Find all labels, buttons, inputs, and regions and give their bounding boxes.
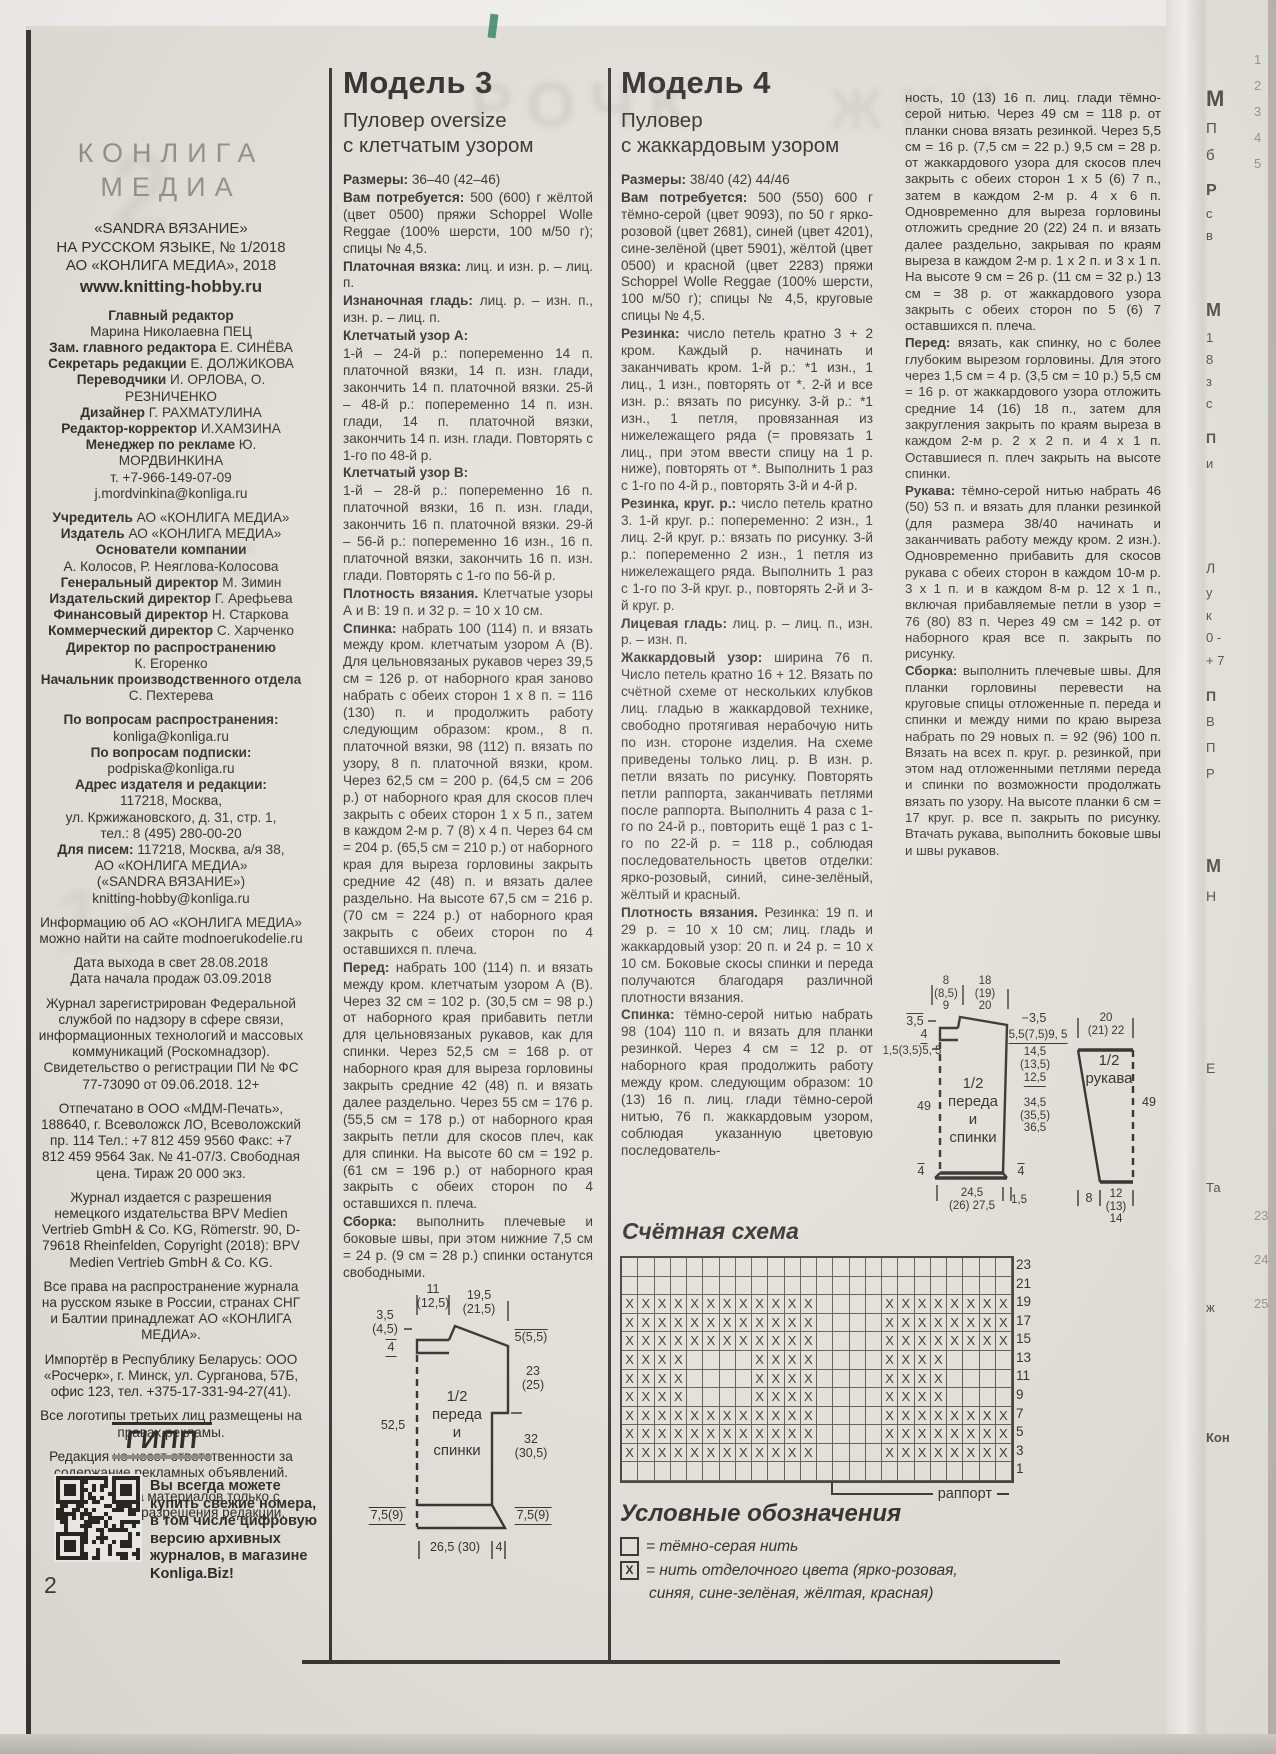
chart-cell: X xyxy=(898,1295,914,1314)
masthead-line: т. +7-966-149-07-09 xyxy=(38,470,304,486)
page-fragment: М xyxy=(1206,300,1221,321)
chart-cell xyxy=(687,1462,703,1481)
masthead-line: Издательский директор Г. Арефьева xyxy=(38,591,304,607)
chart-cell: X xyxy=(931,1444,947,1463)
chart-cell: X xyxy=(671,1388,687,1407)
masthead-label: Переводчики xyxy=(77,372,170,387)
chart-cell: X xyxy=(622,1444,638,1463)
chart-cell xyxy=(736,1277,752,1296)
chart-cell: X xyxy=(980,1407,996,1426)
dimension-label: 52,5 xyxy=(381,1419,405,1433)
chart-cell: X xyxy=(931,1295,947,1314)
chart-cell: X xyxy=(752,1295,768,1314)
legend-item-contrast-label2: синяя, сине-зелёная, жёлтая, красная) xyxy=(649,1585,1050,1603)
legend-item-grey: = тёмно-серая нить xyxy=(620,1537,1050,1556)
chart-cell: X xyxy=(752,1444,768,1463)
instruction-paragraph: Платочная вязка: лиц. и изн. р. – лиц. п… xyxy=(343,259,593,293)
page-fragment: у xyxy=(1206,585,1213,600)
chart-row-number: 11 xyxy=(1016,1367,1046,1386)
masthead-line: А. Колосов, Р. Неяглова-Колосова xyxy=(38,559,304,575)
chart-row-number: 23 xyxy=(1016,1256,1046,1275)
chart-cell xyxy=(850,1388,866,1407)
instructions-model4-col2: ность, 10 (13) 16 п. лиц. глади тёмно-се… xyxy=(905,90,1161,859)
page-fragment: М xyxy=(1206,86,1224,112)
chart-cell: X xyxy=(736,1407,752,1426)
promo-line: Вы всегда можете xyxy=(150,1478,322,1496)
chart-cell xyxy=(720,1388,736,1407)
chart-cell: X xyxy=(785,1332,801,1351)
chart-cell: X xyxy=(687,1425,703,1444)
chart-cell: X xyxy=(622,1295,638,1314)
paragraph-text: 1-й – 24-й р.: попеременно 14 п. платочн… xyxy=(343,346,593,462)
dimension-label: 8 (8,5) 9 xyxy=(934,975,958,1013)
article-model3: Модель 3 Пуловер oversize с клетчатым уз… xyxy=(343,66,593,1283)
paragraph-label: Перед: xyxy=(343,960,396,975)
chart-cell: X xyxy=(655,1332,671,1351)
site-url: www.knitting-hobby.ru xyxy=(38,276,304,298)
chart-cell xyxy=(850,1314,866,1333)
chart-cell: X xyxy=(638,1314,654,1333)
dimension-label: 4 xyxy=(386,1339,397,1357)
masthead-text: АО «КОНЛИГА МЕДИА» xyxy=(128,526,281,541)
chart-cell xyxy=(671,1462,687,1481)
masthead-line: 117218, Москва, xyxy=(38,793,304,809)
paragraph-label: Размеры: xyxy=(343,172,412,187)
masthead: КОНЛИГА МЕДИА «SANDRA ВЯЗАНИЕ» НА РУССКО… xyxy=(38,136,304,1522)
chart-cell: X xyxy=(655,1407,671,1426)
chart-cell: X xyxy=(785,1370,801,1389)
page-fold-line-left xyxy=(26,30,31,1754)
masthead-text: 117218, Москва, а/я 38, xyxy=(137,842,284,857)
chart-cell: X xyxy=(915,1351,931,1370)
dimension-label: 12,5 xyxy=(1024,1072,1046,1087)
qr-modules xyxy=(56,1476,140,1560)
masthead-line: knitting-hobby@konliga.ru xyxy=(38,891,304,907)
chart-cell: X xyxy=(703,1314,719,1333)
paragraph-label: Платочная вязка: xyxy=(343,259,465,274)
chart-cell xyxy=(915,1258,931,1277)
chart-cell: X xyxy=(768,1425,784,1444)
article-model4-col2: ность, 10 (13) 16 п. лиц. глади тёмно-се… xyxy=(905,90,1161,860)
masthead-line: Импортёр в Республику Беларусь: ООО «Рос… xyxy=(38,1352,304,1401)
chart-cell xyxy=(996,1351,1012,1370)
masthead-line: Финансовый директор Н. Старкова xyxy=(38,607,304,623)
chart-cell: X xyxy=(622,1407,638,1426)
chart-cell: X xyxy=(736,1314,752,1333)
dimension-label: 4 xyxy=(1018,1163,1025,1179)
chart-cell xyxy=(963,1351,979,1370)
paragraph-label: Плотность вязания. xyxy=(343,586,483,601)
chart-cell xyxy=(622,1258,638,1277)
chart-cell: X xyxy=(671,1425,687,1444)
chart-heading: Счётная схема xyxy=(622,1218,799,1245)
instruction-paragraph: Рукава: тёмно-серой нитью набрать 46 (50… xyxy=(905,483,1161,662)
chart-cell: X xyxy=(687,1295,703,1314)
chart-cell: X xyxy=(768,1332,784,1351)
chart-cell xyxy=(720,1370,736,1389)
dimension-label: 1,5 xyxy=(1011,1194,1027,1207)
chart-cell xyxy=(866,1277,882,1296)
chart-cell: X xyxy=(720,1332,736,1351)
chart-cell: X xyxy=(638,1444,654,1463)
chart-cell xyxy=(947,1370,963,1389)
instruction-paragraph: 1-й – 24-й р.: попеременно 14 п. платочн… xyxy=(343,346,593,464)
masthead-text: И.ХАМЗИНА xyxy=(201,421,281,436)
masthead-label: Менеджер по рекламе xyxy=(86,437,239,452)
chart-cell: X xyxy=(622,1314,638,1333)
chart-cell xyxy=(622,1462,638,1481)
chart-cell: X xyxy=(671,1407,687,1426)
masthead-line: konliga@konliga.ru xyxy=(38,729,304,745)
masthead-line: Редактор-корректор И.ХАМЗИНА xyxy=(38,421,304,437)
legend-symbol-empty xyxy=(620,1537,639,1556)
masthead-text: Информацию об АО «КОНЛИГА МЕДИА» можно н… xyxy=(39,915,302,946)
chart-cell: X xyxy=(638,1370,654,1389)
chart-row-number: 5 xyxy=(1016,1423,1046,1442)
chart-cell xyxy=(898,1277,914,1296)
page-fragment: + 7 xyxy=(1206,653,1224,668)
masthead-line: Дата начала продаж 03.09.2018 xyxy=(38,971,304,987)
schematic-model4-body: 8 (8,5) 918 (19) 203,541,5(3,5)5, 5−3,55… xyxy=(888,975,1073,1233)
chart-cell: X xyxy=(638,1351,654,1370)
chart-cell: X xyxy=(801,1407,817,1426)
chart-cell: X xyxy=(671,1370,687,1389)
edge-ruler-number: 3 xyxy=(1254,104,1261,119)
chart-cell xyxy=(980,1277,996,1296)
dimension-label: 49 xyxy=(1142,1096,1156,1110)
paragraph-label: Сборка: xyxy=(905,663,963,678)
page-fragment: Л xyxy=(1206,560,1215,576)
chart-cell: X xyxy=(720,1407,736,1426)
paragraph-label: Вам потребуется: xyxy=(621,190,758,205)
masthead-text: Н. Старкова xyxy=(212,607,289,622)
chart-cell xyxy=(833,1351,849,1370)
masthead-text: Журнал издается с разрешения немецкого и… xyxy=(42,1190,300,1270)
masthead-text: Е. ДОЛЖИКОВА xyxy=(190,356,294,371)
chart-cell xyxy=(850,1407,866,1426)
chart-cell xyxy=(622,1277,638,1296)
masthead-label: Для писем: xyxy=(57,842,137,857)
paragraph-label: Лицевая гладь: xyxy=(621,616,732,631)
chart-cell xyxy=(850,1425,866,1444)
paragraph-label: Размеры: xyxy=(621,172,690,187)
page-fragment: Та xyxy=(1206,1180,1221,1195)
chart-cell: X xyxy=(768,1444,784,1463)
chart-cell xyxy=(980,1351,996,1370)
masthead-text: К. Егоренко xyxy=(134,656,207,671)
masthead-line: Коммерческий директор С. Харченко xyxy=(38,623,304,639)
chart-cell xyxy=(882,1258,898,1277)
masthead-text: Г. Арефьева xyxy=(215,591,293,606)
promo-text: Вы всегда можетекупить свежие номера,в т… xyxy=(150,1478,322,1583)
rapport-line-left xyxy=(831,1493,933,1495)
chart-cell: X xyxy=(915,1444,931,1463)
chart-cell xyxy=(963,1388,979,1407)
paragraph-label: Плотность вязания. xyxy=(621,905,765,920)
chart-cell xyxy=(850,1351,866,1370)
legend-item-grey-label: = тёмно-серая нить xyxy=(646,1538,798,1556)
chart-cell xyxy=(687,1351,703,1370)
chart-cell xyxy=(655,1277,671,1296)
page-fragment: с xyxy=(1206,206,1213,221)
chart-cell: X xyxy=(655,1295,671,1314)
chart-cell: X xyxy=(655,1370,671,1389)
chart-cell xyxy=(833,1277,849,1296)
chart-cell xyxy=(638,1462,654,1481)
chart-cell: X xyxy=(785,1351,801,1370)
publisher-logo-line1: КОНЛИГА xyxy=(38,136,304,170)
chart-cell: X xyxy=(622,1388,638,1407)
page-fragment: Р xyxy=(1206,766,1215,781)
dimension-label: −3,5 xyxy=(1022,1012,1047,1026)
dimension-label: 26,5 (30) xyxy=(430,1541,480,1555)
masthead-text: Дата начала продаж 03.09.2018 xyxy=(70,971,271,986)
paragraph-label: Клетчатый узор А: xyxy=(343,328,468,343)
masthead-label: Основатели компании xyxy=(96,542,247,557)
masthead-line: Журнал зарегистрирован Федеральной служб… xyxy=(38,996,304,1093)
instruction-paragraph: Плотность вязания. Клетчатые узоры А и В… xyxy=(343,586,593,620)
masthead-text: Импортёр в Республику Беларусь: ООО «Рос… xyxy=(44,1352,298,1399)
chart-cell xyxy=(882,1462,898,1481)
chart-cell: X xyxy=(768,1351,784,1370)
masthead-line: Марина Николаевна ПЕЦ xyxy=(38,324,304,340)
instruction-paragraph: Вам потребуется: 500 (550) 600 г тёмно-с… xyxy=(621,190,873,325)
instruction-paragraph: Клетчатый узор В: xyxy=(343,465,593,482)
chart-cell: X xyxy=(720,1444,736,1463)
chart-cell xyxy=(801,1462,817,1481)
masthead-text: АО «КОНЛИГА МЕДИА» xyxy=(137,510,290,525)
chart-legend: Условные обозначения = тёмно-серая нить … xyxy=(620,1500,1050,1603)
chart-cell xyxy=(866,1370,882,1389)
masthead-label: Редактор-корректор xyxy=(61,421,201,436)
chart-cell xyxy=(996,1388,1012,1407)
edge-ruler-number: 4 xyxy=(1254,130,1261,145)
dimension-label: 4 xyxy=(921,1028,928,1044)
page-fragment: Е xyxy=(1206,1060,1215,1076)
page-fragment: М xyxy=(1206,856,1221,877)
chart-cell: X xyxy=(980,1295,996,1314)
instruction-paragraph: Сборка: выполнить плечевые швы. Для план… xyxy=(905,663,1161,859)
masthead-line: Переводчики И. ОРЛОВА, О. РЕЗНИЧЕНКО xyxy=(38,372,304,404)
chart-cell: X xyxy=(996,1425,1012,1444)
chart-cell xyxy=(898,1462,914,1481)
chart-cell xyxy=(703,1351,719,1370)
masthead-line: Информацию об АО «КОНЛИГА МЕДИА» можно н… xyxy=(38,915,304,947)
promo-line: в том числе цифровую xyxy=(150,1513,322,1531)
chart-cell: X xyxy=(915,1295,931,1314)
chart-cell xyxy=(703,1277,719,1296)
chart-cell xyxy=(817,1370,833,1389)
masthead-line: j.mordvinkina@konliga.ru xyxy=(38,486,304,502)
chart-cell: X xyxy=(931,1388,947,1407)
masthead-line: АО «КОНЛИГА МЕДИА» xyxy=(38,858,304,874)
chart-cell xyxy=(866,1295,882,1314)
chart-cell: X xyxy=(882,1407,898,1426)
chart-cell xyxy=(833,1407,849,1426)
issue-title: «SANDRA ВЯЗАНИЕ» xyxy=(38,220,304,239)
page-fragment: 8 xyxy=(1206,352,1213,367)
masthead-text: АО «КОНЛИГА МЕДИА» xyxy=(95,858,248,873)
chart-cell xyxy=(801,1258,817,1277)
chart-cell xyxy=(850,1462,866,1481)
chart-cell: X xyxy=(898,1407,914,1426)
paragraph-label: Резинка, круг. р.: xyxy=(621,496,741,511)
chart-cell: X xyxy=(785,1407,801,1426)
dimension-label: 32 (30,5) xyxy=(515,1433,548,1460)
dimension-label: 7,5(9) xyxy=(369,1507,406,1525)
paragraph-text: 38/40 (42) 44/46 xyxy=(690,172,790,187)
chart-cell: X xyxy=(638,1425,654,1444)
promo-line: купить свежие номера, xyxy=(150,1496,322,1514)
masthead-body: Главный редакторМарина Николаевна ПЕЦЗам… xyxy=(38,308,304,1522)
chart-cell xyxy=(947,1351,963,1370)
paragraph-text: вязать, как спинку, но с более глубоким … xyxy=(905,335,1161,480)
article-subtitle-model3: Пуловер oversize с клетчатым узором xyxy=(343,108,593,158)
chart-cell xyxy=(850,1370,866,1389)
chart-cell: X xyxy=(963,1444,979,1463)
chart-cell: X xyxy=(785,1314,801,1333)
chart-cell: X xyxy=(882,1370,898,1389)
chart-cell xyxy=(866,1351,882,1370)
chart-cell: X xyxy=(801,1444,817,1463)
chart-cell xyxy=(817,1444,833,1463)
chart-cell xyxy=(833,1425,849,1444)
chart-cell xyxy=(720,1351,736,1370)
page-fragment: В xyxy=(1206,714,1215,729)
scan-edge-top xyxy=(0,0,1276,26)
masthead-line: К. Егоренко xyxy=(38,656,304,672)
paragraph-label: Клетчатый узор В: xyxy=(343,465,468,480)
chart-cell xyxy=(720,1258,736,1277)
paragraph-text: число петель кратно 3 + 2 кром. Каждый р… xyxy=(621,326,873,493)
masthead-line: Секретарь редакции Е. ДОЛЖИКОВА xyxy=(38,356,304,372)
chart-cell: X xyxy=(980,1444,996,1463)
chart-cell: X xyxy=(671,1332,687,1351)
paragraph-text: 1-й – 28-й р.: попеременно 16 п. платочн… xyxy=(343,483,593,583)
chart-cell: X xyxy=(801,1295,817,1314)
chart-cell: X xyxy=(622,1370,638,1389)
chart-cell xyxy=(980,1258,996,1277)
paragraph-label: Спинка: xyxy=(621,1007,684,1022)
chart-cell xyxy=(850,1332,866,1351)
masthead-line: Отпечатано в ООО «МДМ-Печать», 188640, г… xyxy=(38,1101,304,1182)
scan-artifact-green xyxy=(488,14,499,39)
chart-cell xyxy=(931,1258,947,1277)
dimension-label: 49 xyxy=(917,1100,931,1114)
chart-cell xyxy=(817,1258,833,1277)
chart-cell xyxy=(736,1462,752,1481)
chart-cell: X xyxy=(980,1425,996,1444)
chart-cell: X xyxy=(882,1388,898,1407)
chart-cell xyxy=(785,1277,801,1296)
issue-info: «SANDRA ВЯЗАНИЕ» НА РУССКОМ ЯЗЫКЕ, № 1/2… xyxy=(38,220,304,276)
chart-cell xyxy=(996,1258,1012,1277)
chart-cell xyxy=(817,1332,833,1351)
paragraph-text: выполнить плечевые швы. Для планки горло… xyxy=(905,663,1161,857)
chart-cell: X xyxy=(980,1332,996,1351)
page-number: 2 xyxy=(44,1572,57,1599)
rapport-line-right xyxy=(997,1493,1009,1495)
chart-cell: X xyxy=(638,1332,654,1351)
masthead-line: Главный редактор xyxy=(38,308,304,324)
chart-cell: X xyxy=(996,1332,1012,1351)
chart-cell xyxy=(817,1351,833,1370)
chart-cell xyxy=(866,1407,882,1426)
masthead-label: Учредитель xyxy=(52,510,136,525)
chart-cell: X xyxy=(768,1388,784,1407)
chart-cell xyxy=(817,1295,833,1314)
masthead-text: ул. Кржижановского, д. 31, стр. 1, xyxy=(66,810,277,825)
chart-cell: X xyxy=(898,1314,914,1333)
chart-cell: X xyxy=(752,1425,768,1444)
issue-publisher: АО «КОНЛИГА МЕДИА», 2018 xyxy=(38,257,304,276)
chart-cell: X xyxy=(655,1314,671,1333)
chart-cell: X xyxy=(768,1407,784,1426)
page-fragment: в xyxy=(1206,228,1213,243)
instruction-paragraph: Перед: набрать 100 (114) п. и вязать меж… xyxy=(343,960,593,1214)
page-fragment: ж xyxy=(1206,1300,1215,1315)
chart-cell xyxy=(882,1277,898,1296)
instruction-paragraph: Плотность вязания. Резинка: 19 п. и 29 р… xyxy=(621,905,873,1006)
dimension-label: 34,5 (35,5) 36,5 xyxy=(1020,1097,1050,1135)
chart-cell xyxy=(655,1258,671,1277)
schematic-model4-sleeve: 20 (21) 221/2 рукава49812 (13) 14 xyxy=(1052,1012,1172,1247)
masthead-label: Главный редактор xyxy=(108,308,233,323)
edge-ruler-number: 2 xyxy=(1254,78,1261,93)
chart-cell xyxy=(833,1370,849,1389)
page-fragment: з xyxy=(1206,374,1212,389)
chart-cell xyxy=(752,1277,768,1296)
chart-cell: X xyxy=(622,1351,638,1370)
chart-cell: X xyxy=(801,1314,817,1333)
masthead-text: konliga@konliga.ru xyxy=(113,729,229,744)
chart-cell: X xyxy=(898,1351,914,1370)
legend-item-contrast: X = нить отделочного цвета (ярко-розовая… xyxy=(620,1561,1050,1580)
paragraph-label: Вам потребуется: xyxy=(343,190,470,205)
instruction-paragraph: Клетчатый узор А: xyxy=(343,328,593,345)
paragraph-text: число петель кратно 3. 1-й круг. р.: поп… xyxy=(621,496,873,612)
chart-cell: X xyxy=(687,1444,703,1463)
masthead-line: Генеральный директор М. Зимин xyxy=(38,575,304,591)
next-page-edge xyxy=(1208,0,1276,1754)
chart-cell: X xyxy=(785,1425,801,1444)
chart-cell: X xyxy=(638,1407,654,1426)
chart-cell xyxy=(655,1462,671,1481)
masthead-line: Издатель АО «КОНЛИГА МЕДИА» xyxy=(38,526,304,542)
chart-cell xyxy=(866,1314,882,1333)
masthead-line: По вопросам подписки: xyxy=(38,745,304,761)
dimension-label: 1/2 переда и спинки xyxy=(432,1388,482,1460)
chart-cell xyxy=(915,1462,931,1481)
chart-cell xyxy=(980,1370,996,1389)
chart-cell: X xyxy=(898,1425,914,1444)
paragraph-text: набрать 100 (114) п. и вязать между кром… xyxy=(343,960,593,1212)
instruction-paragraph: ность, 10 (13) 16 п. лиц. глади тёмно-се… xyxy=(905,90,1161,334)
chart-cell xyxy=(752,1258,768,1277)
chart-cell: X xyxy=(703,1332,719,1351)
chart-cell xyxy=(687,1277,703,1296)
chart-cell xyxy=(736,1258,752,1277)
chart-cell xyxy=(833,1388,849,1407)
qr-code xyxy=(54,1474,142,1562)
paragraph-label: Жаккардовый узор: xyxy=(621,650,774,665)
chart-cell xyxy=(866,1444,882,1463)
chart-cell: X xyxy=(915,1332,931,1351)
paragraph-label: Изнаночная гладь: xyxy=(343,293,480,308)
chart-cell xyxy=(703,1370,719,1389)
dimension-label: 1/2 рукава xyxy=(1085,1052,1132,1088)
page-fragment: к xyxy=(1206,608,1212,623)
